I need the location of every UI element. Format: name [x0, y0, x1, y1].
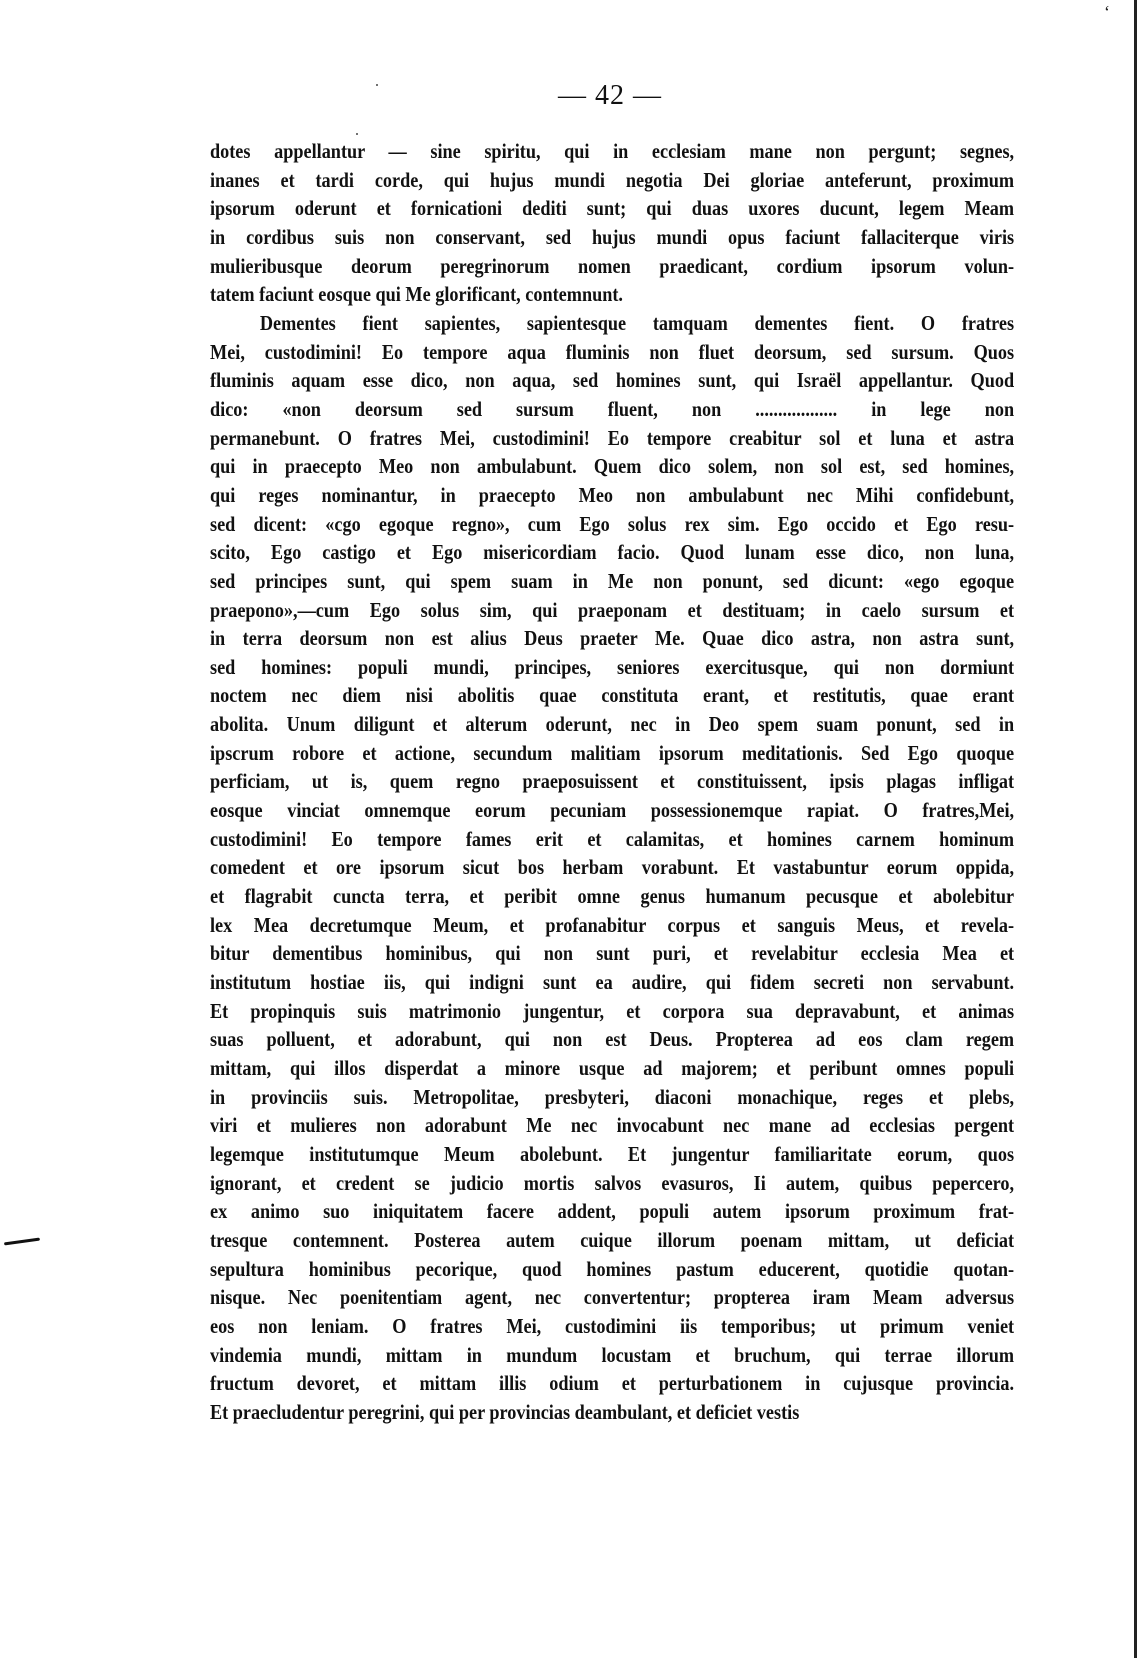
text-line: praepono»,—cum Ego solus sim, qui praepo…: [210, 596, 1014, 625]
text-line: mittam, qui illos disperdat a minore usq…: [210, 1054, 1014, 1083]
text-line: nisque. Nec poenitentiam agent, nec conv…: [210, 1283, 1014, 1312]
text-line: tatem faciunt eosque qui Me glorificant,…: [210, 280, 1014, 309]
text-line: dico: «non deorsum sed sursum fluent, no…: [210, 395, 1014, 424]
text-line: sed principes sunt, qui spem suam in Me …: [210, 567, 1014, 596]
text-line: scito, Ego castigo et Ego misericordiam …: [210, 538, 1014, 567]
text-line: Et propinquis suis matrimonio jungentur,…: [210, 997, 1014, 1026]
text-line: qui in praecepto Meo non ambulabunt. Que…: [210, 452, 1014, 481]
text-line: tresque contemnent. Posterea autem cuiqu…: [210, 1226, 1014, 1255]
page-edge-line: [1134, 0, 1137, 1658]
text-line: viri et mulieres non adorabunt Me nec in…: [210, 1111, 1014, 1140]
margin-pen-mark: [4, 1238, 40, 1246]
text-line: sed homines: populi mundi, principes, se…: [210, 653, 1014, 682]
text-line: qui reges nominantur, in praecepto Meo n…: [210, 481, 1014, 510]
text-line: ipsorum oderunt et fornicationi dediti s…: [210, 194, 1014, 223]
text-line: eosque vinciat omnemque eorum pecuniam p…: [210, 796, 1014, 825]
text-line: Et praecludentur peregrini, qui per prov…: [210, 1398, 1014, 1427]
text-line: ipscrum robore et actione, secundum mali…: [210, 739, 1014, 768]
text-line: in terra deorsum non est alius Deus prae…: [210, 624, 1014, 653]
text-line: ignorant, et credent se judicio mortis s…: [210, 1169, 1014, 1198]
text-line: fructum devoret, et mittam illis odium e…: [210, 1369, 1014, 1398]
text-line: et flagrabit cuncta terra, et peribit om…: [210, 882, 1014, 911]
paragraph: dotes appellantur — sine spiritu, qui in…: [210, 137, 901, 309]
paragraph: Dementes fient sapientes, sapientesque t…: [210, 309, 901, 1427]
text-line: in cordibus suis non conservant, sed huj…: [210, 223, 1014, 252]
text-line: sepultura hominibus pecorique, quod homi…: [210, 1255, 1014, 1284]
text-line: dotes appellantur — sine spiritu, qui in…: [210, 137, 1014, 166]
text-line: in provinciis suis. Metropolitae, presby…: [210, 1083, 1014, 1112]
text-line: institutum hostiae iis, qui indigni sunt…: [210, 968, 1014, 997]
text-line: bitur dementibus hominibus, qui non sunt…: [210, 939, 1014, 968]
body-text: dotes appellantur — sine spiritu, qui in…: [210, 137, 901, 1427]
text-line: abolita. Unum diligunt et alterum oderun…: [210, 710, 1014, 739]
text-line: inanes et tardi corde, qui hujus mundi n…: [210, 166, 1014, 195]
speck: [356, 133, 358, 135]
text-line: vindemia mundi, mittam in mundum locusta…: [210, 1341, 1014, 1370]
text-line: fluminis aquam esse dico, non aqua, sed …: [210, 366, 1014, 395]
text-line: perficiam, ut is, quem regno praeposuiss…: [210, 767, 1014, 796]
text-line: custodimini! Eo tempore fames erit et ca…: [210, 825, 1014, 854]
corner-mark: ʻ: [1104, 2, 1110, 23]
text-line: permanebunt. O fratres Mei, custodimini!…: [210, 424, 1014, 453]
text-line: sed dicent: «cgo egoque regno», cum Ego …: [210, 510, 1014, 539]
text-line: comedent et ore ipsorum sicut bos herbam…: [210, 853, 1014, 882]
page-number: — 42 —: [0, 80, 1140, 112]
text-line: noctem nec diem nisi abolitis quae const…: [210, 681, 1014, 710]
text-line: lex Mea decretumque Meum, et profanabitu…: [210, 911, 1014, 940]
text-line: legemque institutumque Meum abolebunt. E…: [210, 1140, 1014, 1169]
text-line: Dementes fient sapientes, sapientesque t…: [210, 309, 1014, 338]
text-line: ex animo suo iniquitatem facere addent, …: [210, 1197, 1014, 1226]
text-line: Mei, custodimini! Eo tempore aqua flumin…: [210, 338, 1014, 367]
text-line: suas polluent, et adorabunt, qui non est…: [210, 1025, 1014, 1054]
text-line: mulieribusque deorum peregrinorum nomen …: [210, 252, 1014, 281]
text-line: eos non leniam. O fratres Mei, custodimi…: [210, 1312, 1014, 1341]
